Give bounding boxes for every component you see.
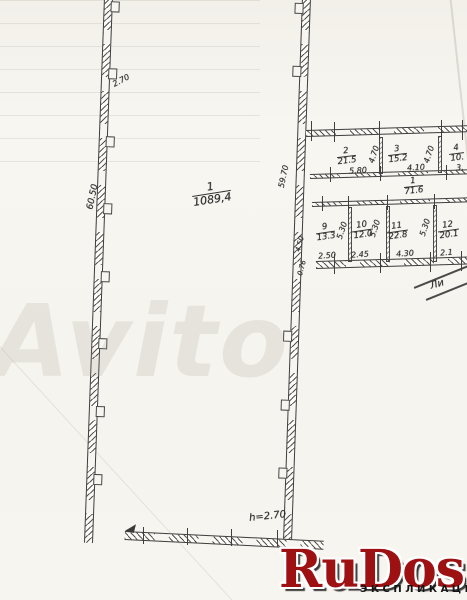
wall-pilaster <box>292 66 301 77</box>
dimension-tick <box>379 121 380 141</box>
wall-pilaster <box>101 271 110 282</box>
room-label-9: 9 13.3 <box>315 222 336 244</box>
wall-pilaster <box>93 474 102 485</box>
dim-room10-width: 2.45 <box>351 249 369 259</box>
room-label-12: 12 20.1 <box>437 220 460 242</box>
annex-top-wall <box>306 125 467 137</box>
scanned-floor-plan: 1 1089,4 2.70 60.50 59.70 4.50 0.76 h=2.… <box>0 0 467 600</box>
dimension-tick <box>231 529 232 546</box>
dimension-tick <box>311 121 312 141</box>
height-note: h=2.70 <box>249 509 287 524</box>
wall-pilaster <box>294 3 303 14</box>
dimension-tick <box>461 251 462 271</box>
room-label-11: 11 22.8 <box>386 221 409 243</box>
partition-room3-room4 <box>438 136 442 173</box>
dimension-tick <box>334 122 335 142</box>
dimension-tick <box>462 120 463 140</box>
dim-room9-depth: 5.30 <box>335 221 349 241</box>
left-exterior-wall <box>84 0 113 543</box>
dimension-tick <box>277 530 278 547</box>
wall-pilaster <box>110 1 119 12</box>
dimension-tick <box>143 527 144 544</box>
room-label-4: 4 10. <box>448 143 466 164</box>
dim-room11-depth: 5.30 <box>418 218 432 238</box>
dim-room11-width: 4.30 <box>396 248 414 258</box>
wall-pilaster <box>96 406 105 417</box>
wall-pilaster <box>283 331 292 342</box>
dimension-tick <box>334 254 335 274</box>
dim-room12-width: 2.1 <box>440 248 453 258</box>
leader-note: Ли <box>429 277 446 291</box>
dimension-tick <box>348 196 349 211</box>
room-label-3: 3 15.2 <box>387 144 408 166</box>
dimension-tick <box>446 165 447 180</box>
dimension-tick <box>380 253 381 273</box>
dim-room3-width: 4.10 <box>407 163 425 173</box>
wall-pilaster <box>278 467 287 478</box>
room-area: 71.6 <box>404 186 424 197</box>
wall-pilaster <box>103 203 112 214</box>
main-room-label: 1 1089,4 <box>190 178 232 208</box>
partition-room11-room12 <box>433 205 437 262</box>
room-label-2: 2 21.5 <box>336 146 357 168</box>
avito-watermark: Avito <box>0 283 290 400</box>
dim-room3-depth: 4.70 <box>422 145 436 165</box>
room-area: 15.2 <box>388 154 408 166</box>
scan-crease-vertical <box>449 0 467 600</box>
dimension-tick <box>430 252 431 272</box>
scan-streaks <box>0 0 260 175</box>
dimension-tick <box>187 528 188 545</box>
wall-pilaster <box>98 338 107 349</box>
room-area: 13.3 <box>316 232 336 244</box>
room-area: 22.8 <box>387 230 409 242</box>
corridor-label: 1 71.6 <box>403 176 424 197</box>
annex-bottom-wall <box>316 256 467 269</box>
dim-right-wall-length: 59.70 <box>277 164 291 188</box>
dimension-tick <box>380 166 381 181</box>
annex-corridor-upper-wall <box>310 169 467 179</box>
dim-room4-width: 3. <box>456 163 464 172</box>
dimension-tick <box>330 167 331 182</box>
explication-label: ЭКСПЛИКАЦИ <box>360 584 467 595</box>
dimension-tick <box>434 194 435 209</box>
room-area: 20.1 <box>438 229 460 241</box>
dimension-tick <box>322 196 323 211</box>
dimension-tick <box>387 195 388 210</box>
scan-crease-diagonal <box>0 344 233 600</box>
dimension-tick <box>441 120 442 140</box>
dim-room2-width: 5.80 <box>349 166 367 176</box>
wall-pilaster <box>281 400 290 411</box>
wall-pilaster <box>105 136 114 147</box>
